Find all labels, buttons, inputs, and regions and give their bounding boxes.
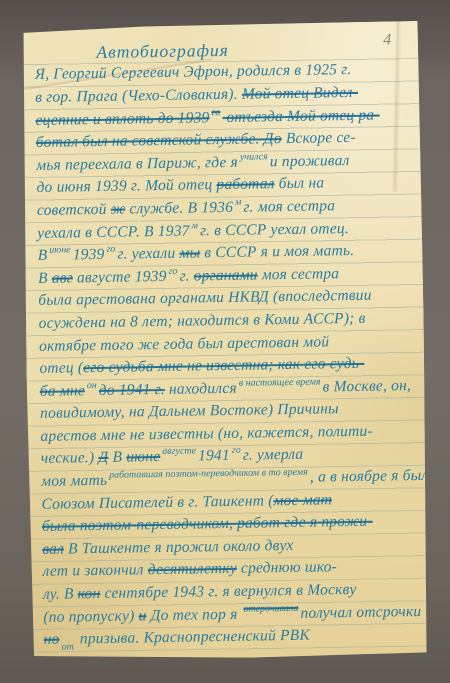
handwritten-text: был на xyxy=(274,175,324,193)
handwritten-text: мья переехала в Париж, где я xyxy=(36,154,238,174)
handwritten-text: г. в СССР уехал отец. xyxy=(200,220,349,239)
inserted-text: отсрочивала xyxy=(243,603,298,615)
inserted-text: работавшая поэтом-переводчиком в то врем… xyxy=(109,467,308,481)
handwritten-text: г. моя сестра xyxy=(243,197,335,215)
struck-text: работал xyxy=(216,176,274,194)
handwritten-text: лет и закончил xyxy=(42,562,147,581)
handwritten-text: 1939 xyxy=(73,246,105,263)
handwritten-text: Я, Георгий Сергеевич Эфрон, родился в 19… xyxy=(35,61,352,83)
handwritten-text: Союзом Писателей в г. Ташкент ( xyxy=(41,492,273,513)
struck-text: мы xyxy=(179,245,200,262)
handwritten-text: и проживал xyxy=(270,152,350,170)
struck-text: была поэтом-переводчиком, работ где я пр… xyxy=(42,513,373,535)
inserted-text: июне xyxy=(49,245,71,256)
inserted-text: м xyxy=(191,220,198,231)
handwritten-text: среднюю шко- xyxy=(237,559,337,578)
handwritten-text: была арестована органами НКВД (впоследст… xyxy=(38,287,372,309)
handwritten-text: , а в ноябре я был эвакуирован xyxy=(310,466,429,486)
struck-text: ж xyxy=(111,201,126,218)
handwritten-text: г. xyxy=(179,267,193,284)
inserted-text: го xyxy=(211,107,220,118)
inserted-text: го xyxy=(232,445,241,456)
handwritten-text: 1941 xyxy=(198,447,230,464)
handwritten-text: В Ташкенте я прожил около двух xyxy=(64,537,294,558)
struck-text: ботал был на советской службе. До xyxy=(36,130,282,151)
struck-text: июне xyxy=(126,449,160,467)
handwritten-text: Вскоре се- xyxy=(282,129,356,147)
handwritten-text: получал отсрочки xyxy=(300,603,421,622)
handwritten-text: В xyxy=(38,269,52,286)
inserted-text: учился xyxy=(240,151,268,162)
struck-text: десятилетку xyxy=(148,560,237,578)
handwritten-text: лу. В xyxy=(43,585,78,603)
handwritten-text: (по пропуску) xyxy=(43,607,139,625)
struck-text: вал xyxy=(42,540,64,557)
handwritten-text: моя мать xyxy=(41,472,107,490)
struck-text: ецепние и вплоть до 1939 xyxy=(35,109,209,129)
handwritten-text: советской xyxy=(37,201,111,219)
handwritten-text: службе. В 1936 xyxy=(125,199,233,218)
inserted-text: го xyxy=(106,244,115,255)
struck-text: ба мне xyxy=(40,382,85,400)
handwritten-text: в Москве, он, xyxy=(322,377,411,395)
handwritten-text: призыва. Краснопресненский РВК xyxy=(76,627,310,648)
document-page: 4 Автобиография Я, Георгий Сергеевич Эфр… xyxy=(21,21,429,661)
inserted-text: августе xyxy=(162,446,196,458)
inserted-text: го xyxy=(168,265,177,276)
handwritten-text: г. уехали xyxy=(117,245,179,263)
handwritten-text: уехала в СССР. В 1937 xyxy=(37,222,190,241)
handwritten-text: В xyxy=(38,247,48,264)
handwritten-text: августе 1939 xyxy=(73,268,167,286)
struck-text: отъезда Мой отец ра- xyxy=(222,106,379,125)
struck-text: авг xyxy=(52,269,73,286)
handwritten-text: отец ( xyxy=(39,359,83,377)
handwritten-text: октябре того же года был арестован мой xyxy=(39,333,329,355)
handwritten-text: г. умерла xyxy=(243,446,304,464)
struck-text: до 1941 г. xyxy=(99,381,165,399)
inserted-text: от xyxy=(62,642,74,653)
handwritten-text: сентябре 1943 г. я вернулся в Москву xyxy=(100,581,356,602)
handwritten-text: в СССР я и моя мать. xyxy=(200,242,354,261)
handwritten-text: повидимому, на Дальнем Востоке) Причины xyxy=(40,401,339,423)
struck-text: органами xyxy=(194,266,258,284)
manuscript-text: Автобиография Я, Георгий Сергеевич Эфрон… xyxy=(34,36,425,652)
handwritten-text: до июня 1939 г. Мой отец xyxy=(36,176,216,196)
struck-text: кон xyxy=(78,585,101,602)
inserted-text: в настоящее время xyxy=(239,376,321,388)
handwritten-text: В xyxy=(108,449,126,466)
struck-text: мое мат xyxy=(273,491,332,509)
struck-text: его судьба мне не известна; как его судь… xyxy=(83,355,364,376)
struck-text: Мой отец Видел- xyxy=(242,84,358,103)
manuscript-lines: Я, Георгий Сергеевич Эфрон, родился в 19… xyxy=(35,58,425,651)
handwritten-text: находился xyxy=(165,380,237,398)
inserted-text: м xyxy=(235,197,242,208)
handwritten-text: в гор. Прага (Чехо-Словакия). xyxy=(35,86,242,106)
photo-background: 4 Автобиография Я, Георгий Сергеевич Эфр… xyxy=(0,0,450,683)
handwritten-text: арестов мне не известны (но, кажется, по… xyxy=(40,423,373,445)
handwritten-text: До тех пор я xyxy=(146,605,241,623)
struck-text: Д xyxy=(98,449,108,466)
struck-text: но xyxy=(44,631,60,648)
handwritten-text: осуждена на 8 лет; находится в Коми АССР… xyxy=(39,310,366,332)
handwritten-text: моя сестра xyxy=(258,265,340,283)
inserted-text: он xyxy=(87,380,97,391)
handwritten-text: ческие.) xyxy=(41,449,99,467)
